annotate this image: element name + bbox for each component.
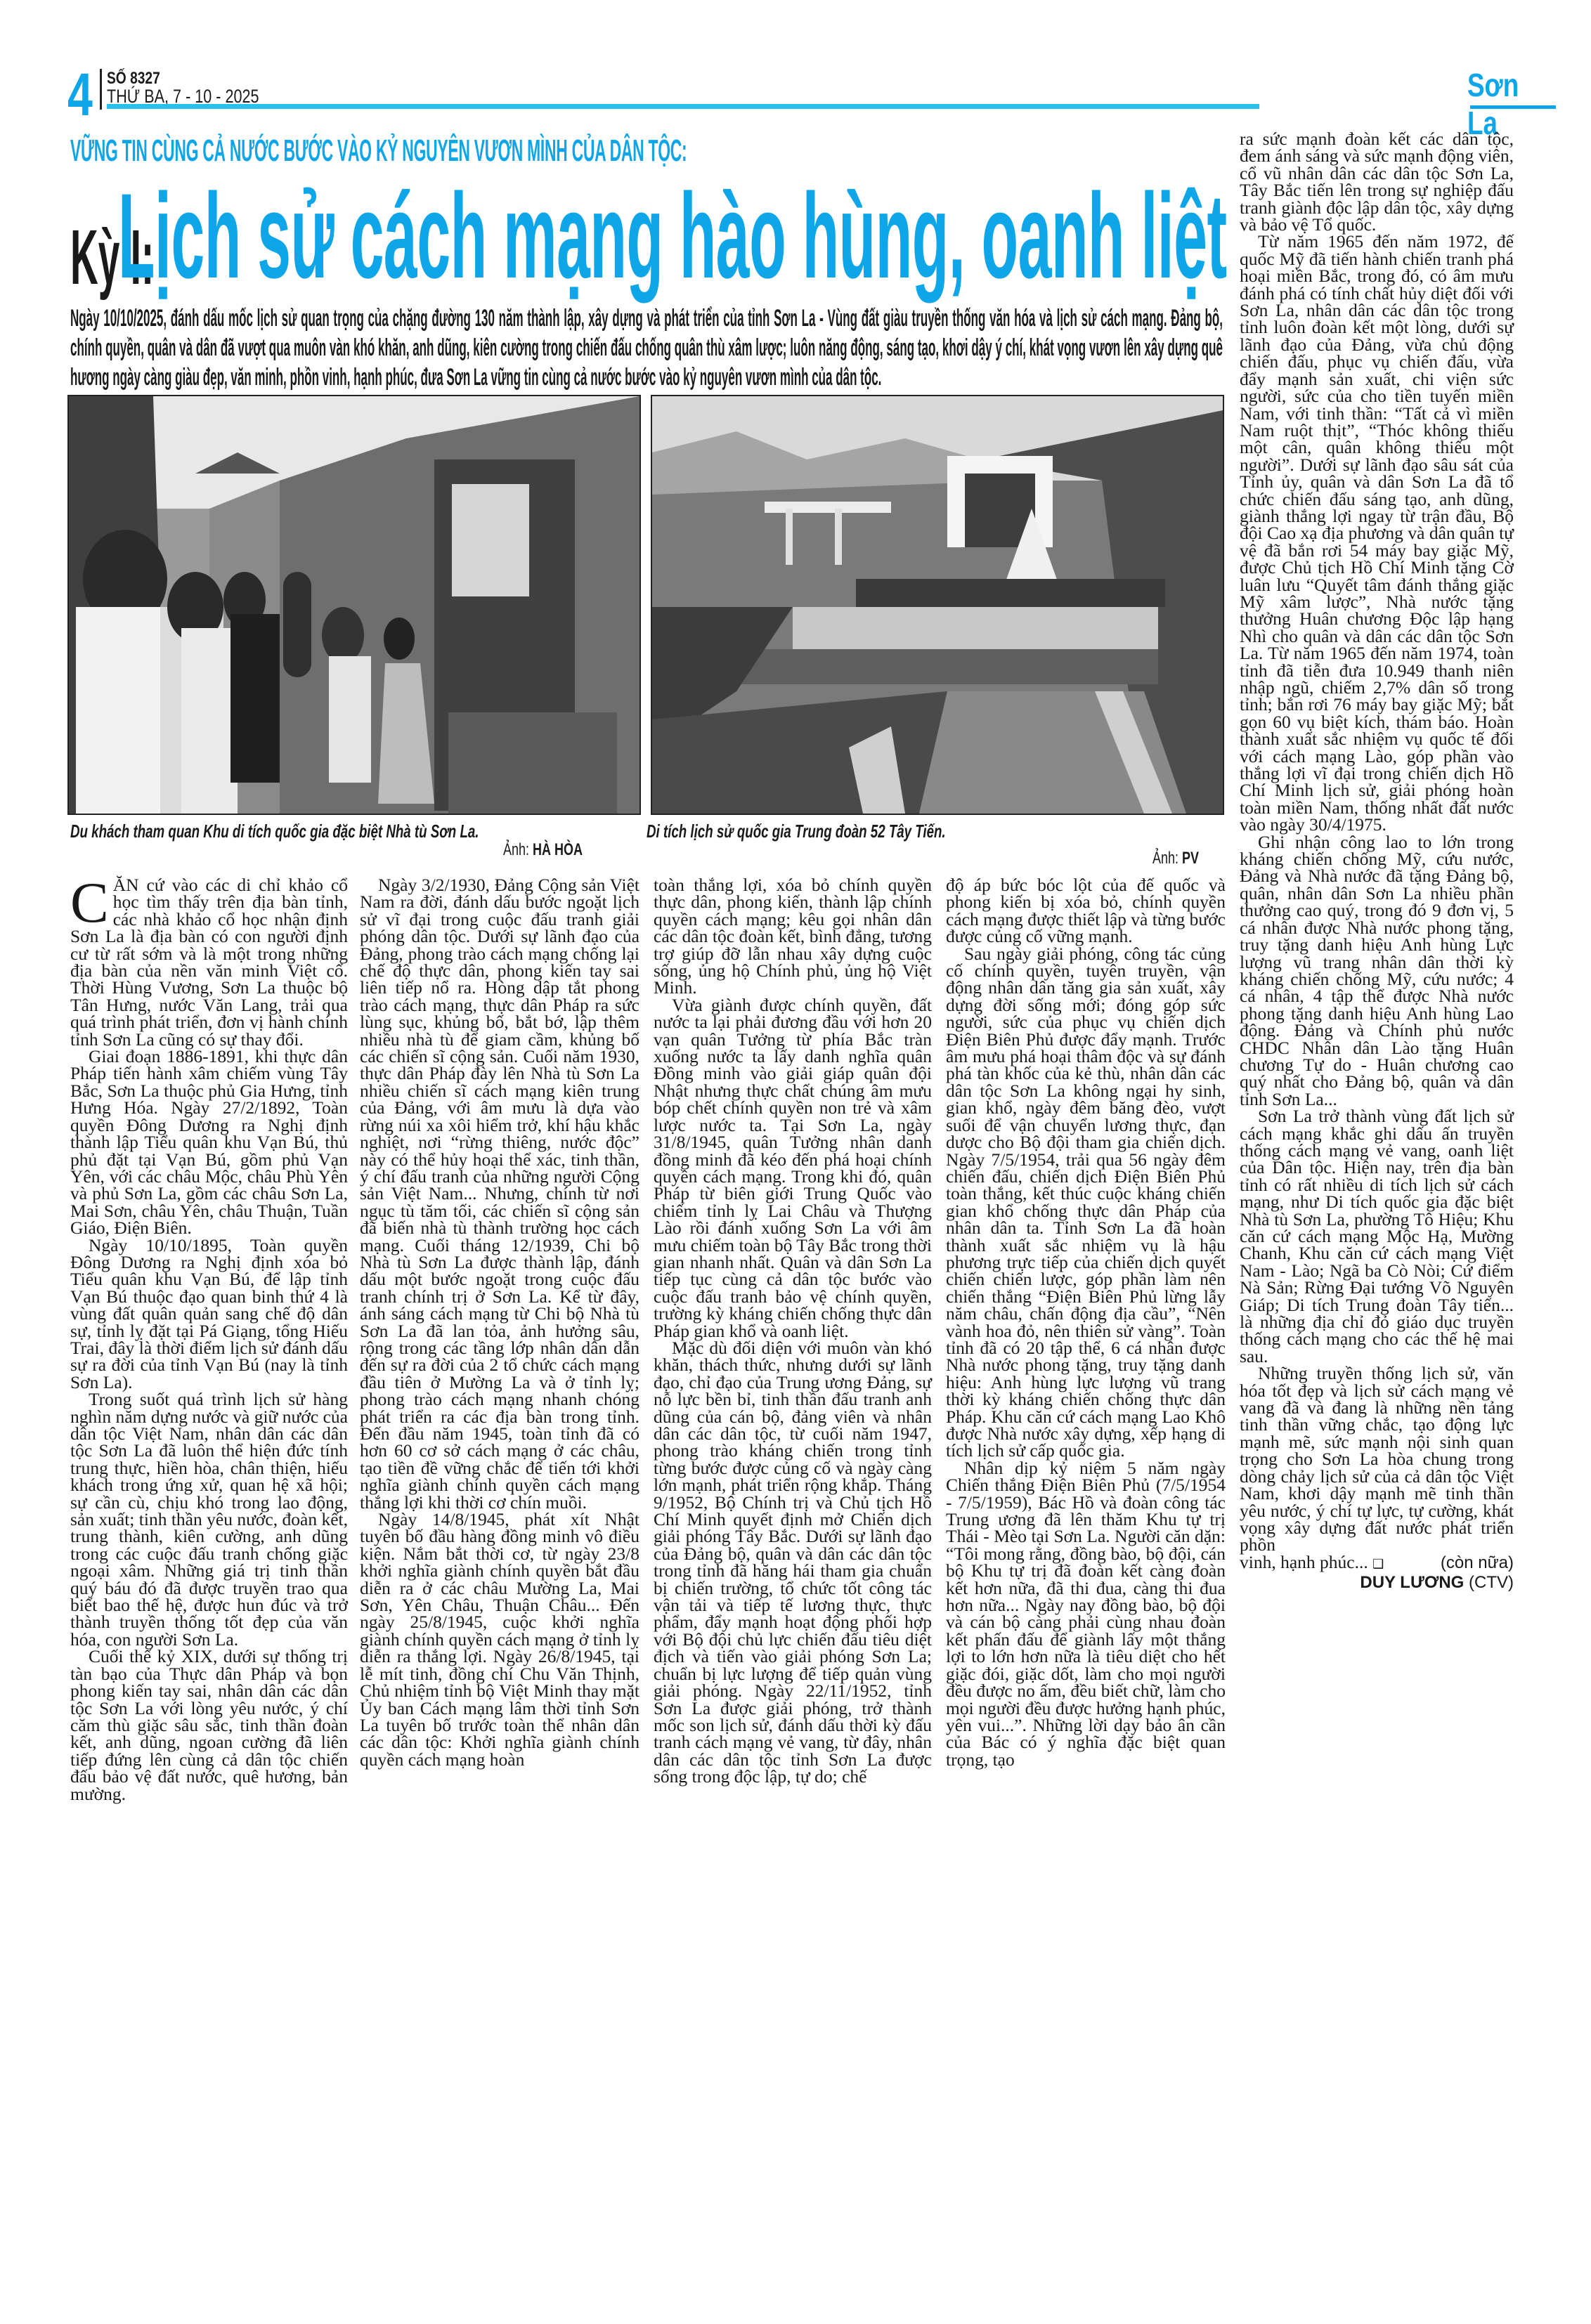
paragraph: Từ năm 1965 đến năm 1972, đế quốc Mỹ đã … [1240,233,1514,833]
paragraph: độ áp bức bóc lột của đế quốc và phong k… [946,877,1226,946]
paragraph: Những truyền thống lịch sử, văn hóa tốt … [1240,1365,1514,1553]
photo1-credit: Ảnh: HÀ HÒA [503,840,583,860]
newspaper-page: 4 SỐ 8327 THỨ BA, 7 - 10 - 2025 Sơn La V… [0,0,1591,2324]
paragraph: Giai đoạn 1886-1891, khi thực dân Pháp t… [70,1048,348,1236]
last-line-text: vinh, hạnh phúc... [1240,1552,1368,1572]
end-square-icon: ❑ [1372,1557,1384,1572]
photo2-caption: Di tích lịch sử quốc gia Trung đoàn 52 T… [647,821,946,842]
author-byline: DUY LƯƠNG (CTV) [1240,1574,1514,1591]
paragraph: Cuối thế kỷ XIX, dưới sự thống trị tàn b… [70,1648,348,1803]
photographer-name: HÀ HÒA [533,840,583,859]
photo-prison-illustration [69,396,639,814]
body-column-4: độ áp bức bóc lột của đế quốc và phong k… [946,877,1226,1768]
paragraph: ra sức mạnh đoàn kết các dân tộc, đem án… [1240,131,1514,233]
paragraph: Ngày 14/8/1945, phát xít Nhật tuyên bố đ… [360,1511,639,1768]
author-name: DUY LƯƠNG [1360,1573,1464,1592]
article-ending: vinh, hạnh phúc... ❑ (còn nữa) [1240,1554,1514,1573]
page-header: 4 SỐ 8327 THỨ BA, 7 - 10 - 2025 Sơn La [67,69,1508,111]
photo1-caption: Du khách tham quan Khu di tích quốc gia … [70,821,479,842]
body-column-3: toàn thắng lợi, xóa bỏ chính quyền thực … [654,877,932,1786]
photo-tay-tien-relic [651,395,1224,815]
body-column-5: ra sức mạnh đoàn kết các dân tộc, đem án… [1240,131,1514,1592]
paragraph: Mặc dù đối diện với muôn vàn khó khăn, t… [654,1340,932,1786]
drop-cap: C [70,881,109,925]
credit-label: Ảnh: [1152,849,1178,868]
paragraph-text: ĂN cứ vào các di chỉ khảo cổ học tìm thấ… [70,875,348,1050]
header-rule [107,104,1259,109]
header-divider [100,69,102,110]
page-number: 4 [67,65,93,125]
paragraph: Trong suốt quá trình lịch sử hàng nghìn … [70,1391,348,1648]
continued-note: (còn nữa) [1441,1555,1514,1572]
photo2-credit: Ảnh: PV [1152,849,1199,868]
paragraph: Ghi nhận công lao to lớn trong kháng chi… [1240,834,1514,1109]
paragraph: Sau ngày giải phóng, công tác củng cố ch… [946,946,1226,1460]
body-column-1: CĂN cứ vào các di chỉ khảo cổ học tìm th… [70,877,348,1803]
paragraph: CĂN cứ vào các di chỉ khảo cổ học tìm th… [70,877,348,1048]
paragraph: Ngày 3/2/1930, Đảng Cộng sản Việt Nam ra… [360,877,639,1511]
paragraph: Sơn La trở thành vùng đất lịch sử cách m… [1240,1108,1514,1365]
part-label: Kỳ I: [70,219,94,296]
headline-text: Lịch sử cách mạng hào hùng, oanh liệt [118,176,1227,296]
article-lead: Ngày 10/10/2025, đánh dấu mốc lịch sử qu… [70,303,1223,392]
paragraph: Nhân dịp kỷ niệm 5 năm ngày Chiến thắng … [946,1460,1226,1768]
section-underline [1470,105,1556,109]
paragraph: Ngày 10/10/1895, Toàn quyền Đông Dương r… [70,1237,348,1392]
paragraph: Vừa giành được chính quyền, đất nước ta … [654,997,932,1340]
credit-label: Ảnh: [503,840,529,859]
author-role: (CTV) [1469,1573,1514,1592]
body-column-2: Ngày 3/2/1930, Đảng Cộng sản Việt Nam ra… [360,877,639,1768]
paragraph: toàn thắng lợi, xóa bỏ chính quyền thực … [654,877,932,997]
article-kicker: VỮNG TIN CÙNG CẢ NƯỚC BƯỚC VÀO KỶ NGUYÊN… [70,133,687,169]
photo-relic-site-illustration [652,396,1223,814]
photographer-name: PV [1182,849,1199,868]
last-line: vinh, hạnh phúc... ❑ [1240,1554,1384,1573]
photo-son-la-prison [67,395,641,815]
